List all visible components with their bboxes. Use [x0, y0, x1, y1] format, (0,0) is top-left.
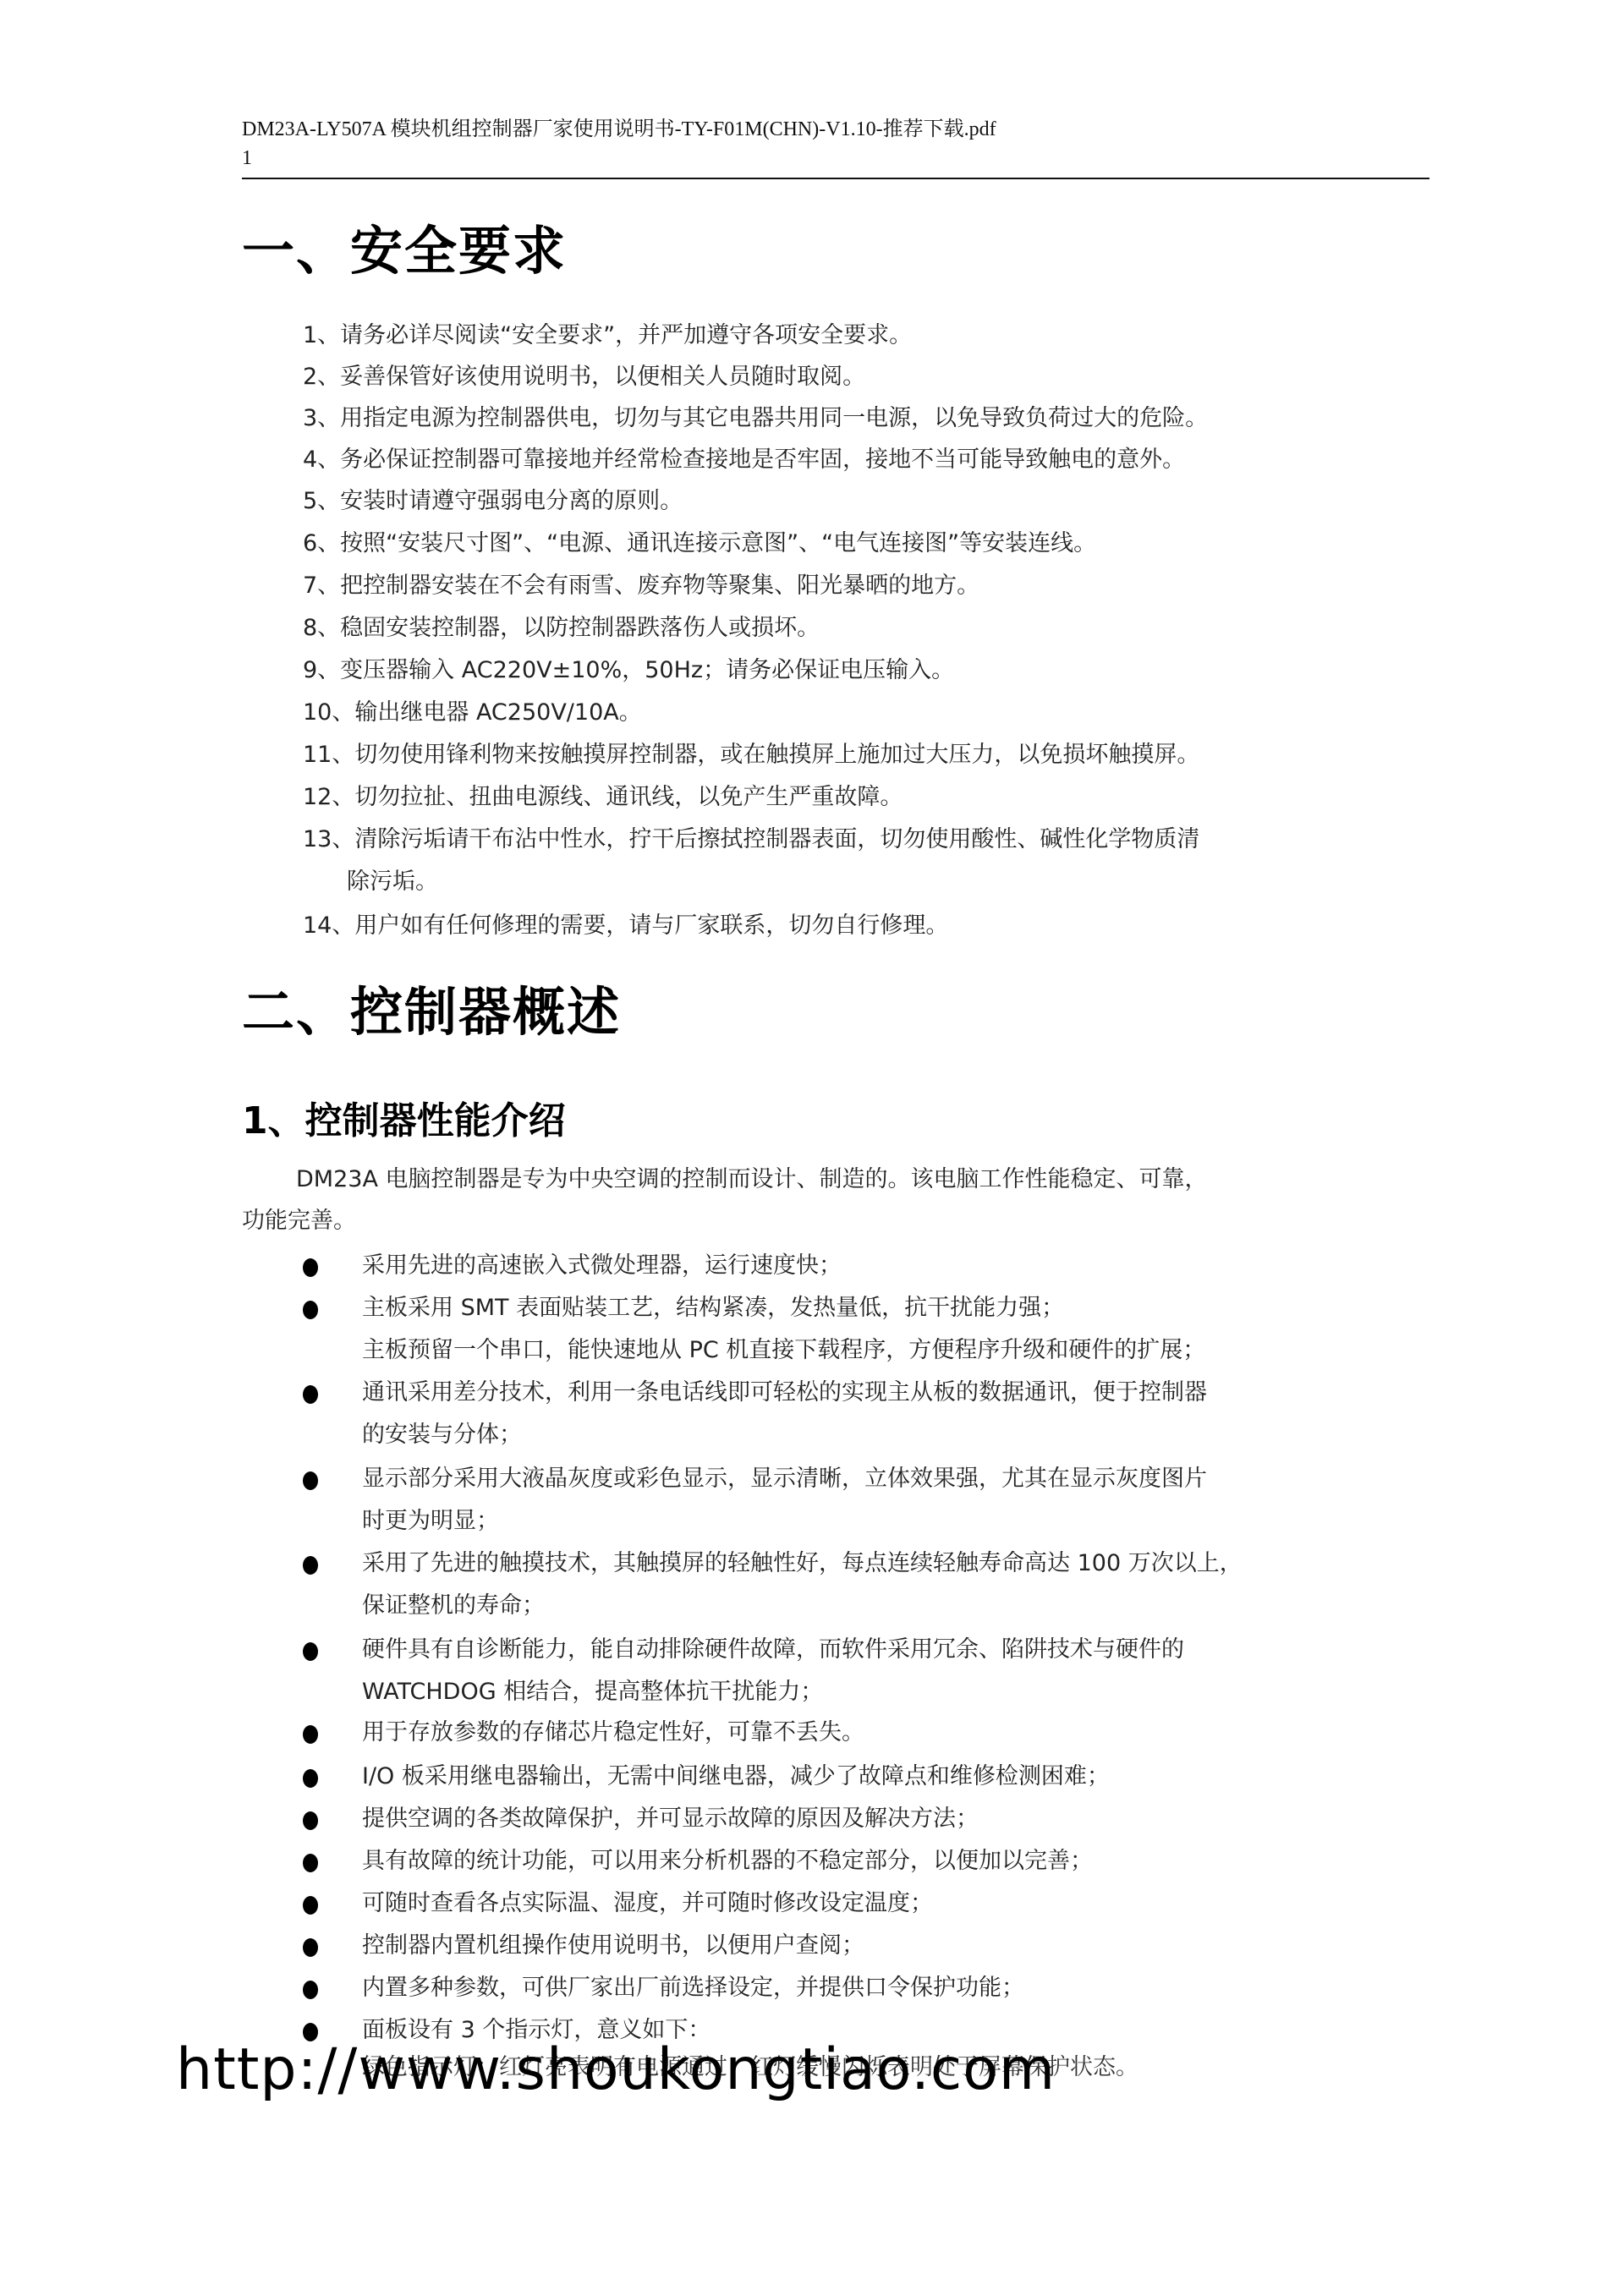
feature-item: 采用先进的高速嵌入式微处理器，运行速度快； — [362, 1252, 842, 1280]
feature-item: 提供空调的各类故障保护，并可显示故障的原因及解决方法； — [362, 1805, 979, 1833]
safety-item: 5、安装时请遵守强弱电分离的原则。 — [303, 487, 683, 516]
section-heading-overview: 二、控制器概述 — [242, 983, 621, 1042]
safety-item: 3、用指定电源为控制器供电，切勿与其它电器共用同一电源，以免导致负荷过大的危险。 — [303, 404, 1208, 433]
feature-item-continuation: 的安装与分体； — [362, 1421, 522, 1449]
feature-item: 采用了先进的触摸技术，其触摸屏的轻触性好，每点连续轻触寿命高达 100 万次以上… — [362, 1549, 1243, 1578]
bullet-icon — [303, 1642, 318, 1661]
feature-item-continuation: 主板预留一个串口，能快速地从 PC 机直接下载程序，方便程序升级和硬件的扩展； — [362, 1336, 1205, 1365]
bullet-icon — [303, 1896, 318, 1915]
feature-item-continuation: 保证整机的寿命； — [362, 1592, 545, 1620]
running-header-title: DM23A-LY507A 模块机组控制器厂家使用说明书-TY-F01M(CHN)… — [242, 117, 996, 142]
bullet-icon — [303, 1938, 318, 1957]
section-heading-safety: 一、安全要求 — [242, 222, 567, 281]
intro-paragraph-line2: 功能完善。 — [242, 1207, 356, 1236]
feature-item: 硬件具有自诊断能力，能自动排除硬件故障，而软件采用冗余、陷阱技术与硬件的 — [362, 1636, 1184, 1664]
feature-item: 内置多种参数，可供厂家出厂前选择设定，并提供口令保护功能； — [362, 1974, 1024, 2003]
document-page: DM23A-LY507A 模块机组控制器厂家使用说明书-TY-F01M(CHN)… — [0, 0, 1624, 2296]
feature-item: I/O 板采用继电器输出，无需中间继电器，减少了故障点和维修检测困难； — [362, 1762, 1110, 1791]
safety-item: 2、妥善保管好该使用说明书，以便相关人员随时取阅。 — [303, 363, 865, 392]
bullet-icon — [303, 1385, 318, 1404]
bullet-icon — [303, 1556, 318, 1575]
feature-item: 主板采用 SMT 表面贴装工艺，结构紧凑，发热量低，抗干扰能力强； — [362, 1294, 1064, 1323]
safety-item: 4、务必保证控制器可靠接地并经常检查接地是否牢固，接地不当可能导致触电的意外。 — [303, 446, 1185, 474]
safety-item: 12、切勿拉扯、扭曲电源线、通讯线，以免产生严重故障。 — [303, 783, 903, 812]
feature-item-continuation: 时更为明显； — [362, 1507, 499, 1536]
bullet-icon — [303, 1258, 318, 1277]
bullet-icon — [303, 1981, 318, 1999]
page-number: 1 — [242, 145, 252, 171]
safety-item: 7、把控制器安装在不会有雨雪、废弃物等聚集、阳光暴晒的地方。 — [303, 572, 979, 600]
bullet-icon — [303, 1301, 318, 1319]
header-divider — [242, 178, 1429, 179]
safety-item: 10、输出继电器 AC250V/10A。 — [303, 699, 642, 727]
safety-item: 14、用户如有任何修理的需要，请与厂家联系，切勿自行修理。 — [303, 912, 948, 940]
safety-item: 11、切勿使用锋利物来按触摸屏控制器，或在触摸屏上施加过大压力，以免损坏触摸屏。 — [303, 741, 1199, 770]
feature-item: 通讯采用差分技术，利用一条电话线即可轻松的实现主从板的数据通讯，便于控制器 — [362, 1378, 1207, 1407]
safety-item: 8、稳固安装控制器，以防控制器跌落伤人或损坏。 — [303, 614, 820, 643]
bullet-icon — [303, 1854, 318, 1872]
safety-item: 6、按照“安装尺寸图”、“电源、通讯连接示意图”、“电气连接图”等安装连线。 — [303, 529, 1096, 558]
bullet-icon — [303, 1471, 318, 1490]
safety-item-continuation: 除污垢。 — [347, 868, 438, 896]
feature-item: 用于存放参数的存储芯片稳定性好，可靠不丢失。 — [362, 1718, 864, 1747]
feature-item-continuation: WATCHDOG 相结合，提高整体抗干扰能力； — [362, 1678, 823, 1707]
subsection-heading-performance: 1、控制器性能介绍 — [242, 1099, 566, 1143]
safety-item: 9、变压器输入 AC220V±10%，50Hz；请务必保证电压输入。 — [303, 656, 954, 685]
feature-item: 控制器内置机组操作使用说明书，以便用户查阅； — [362, 1932, 864, 1960]
bullet-icon — [303, 1725, 318, 1744]
intro-paragraph-line1: DM23A 电脑控制器是专为中央空调的控制而设计、制造的。该电脑工作性能稳定、可… — [296, 1165, 1208, 1194]
safety-item: 1、请务必详尽阅读“安全要求”，并严加遵守各项安全要求。 — [303, 321, 912, 350]
bullet-icon — [303, 1769, 318, 1788]
safety-item: 13、清除污垢请干布沾中性水，拧干后擦拭控制器表面，切勿使用酸性、碱性化学物质清 — [303, 825, 1199, 854]
feature-item: 显示部分采用大液晶灰度或彩色显示，显示清晰，立体效果强，尤其在显示灰度图片 — [362, 1465, 1207, 1493]
feature-item: 可随时查看各点实际温、湿度，并可随时修改设定温度； — [362, 1889, 933, 1918]
feature-item: 具有故障的统计功能，可以用来分析机器的不稳定部分，以便加以完善； — [362, 1847, 1093, 1876]
bullet-icon — [303, 1811, 318, 1830]
watermark-url: http://www.shoukongtiao.com — [176, 2036, 1056, 2104]
